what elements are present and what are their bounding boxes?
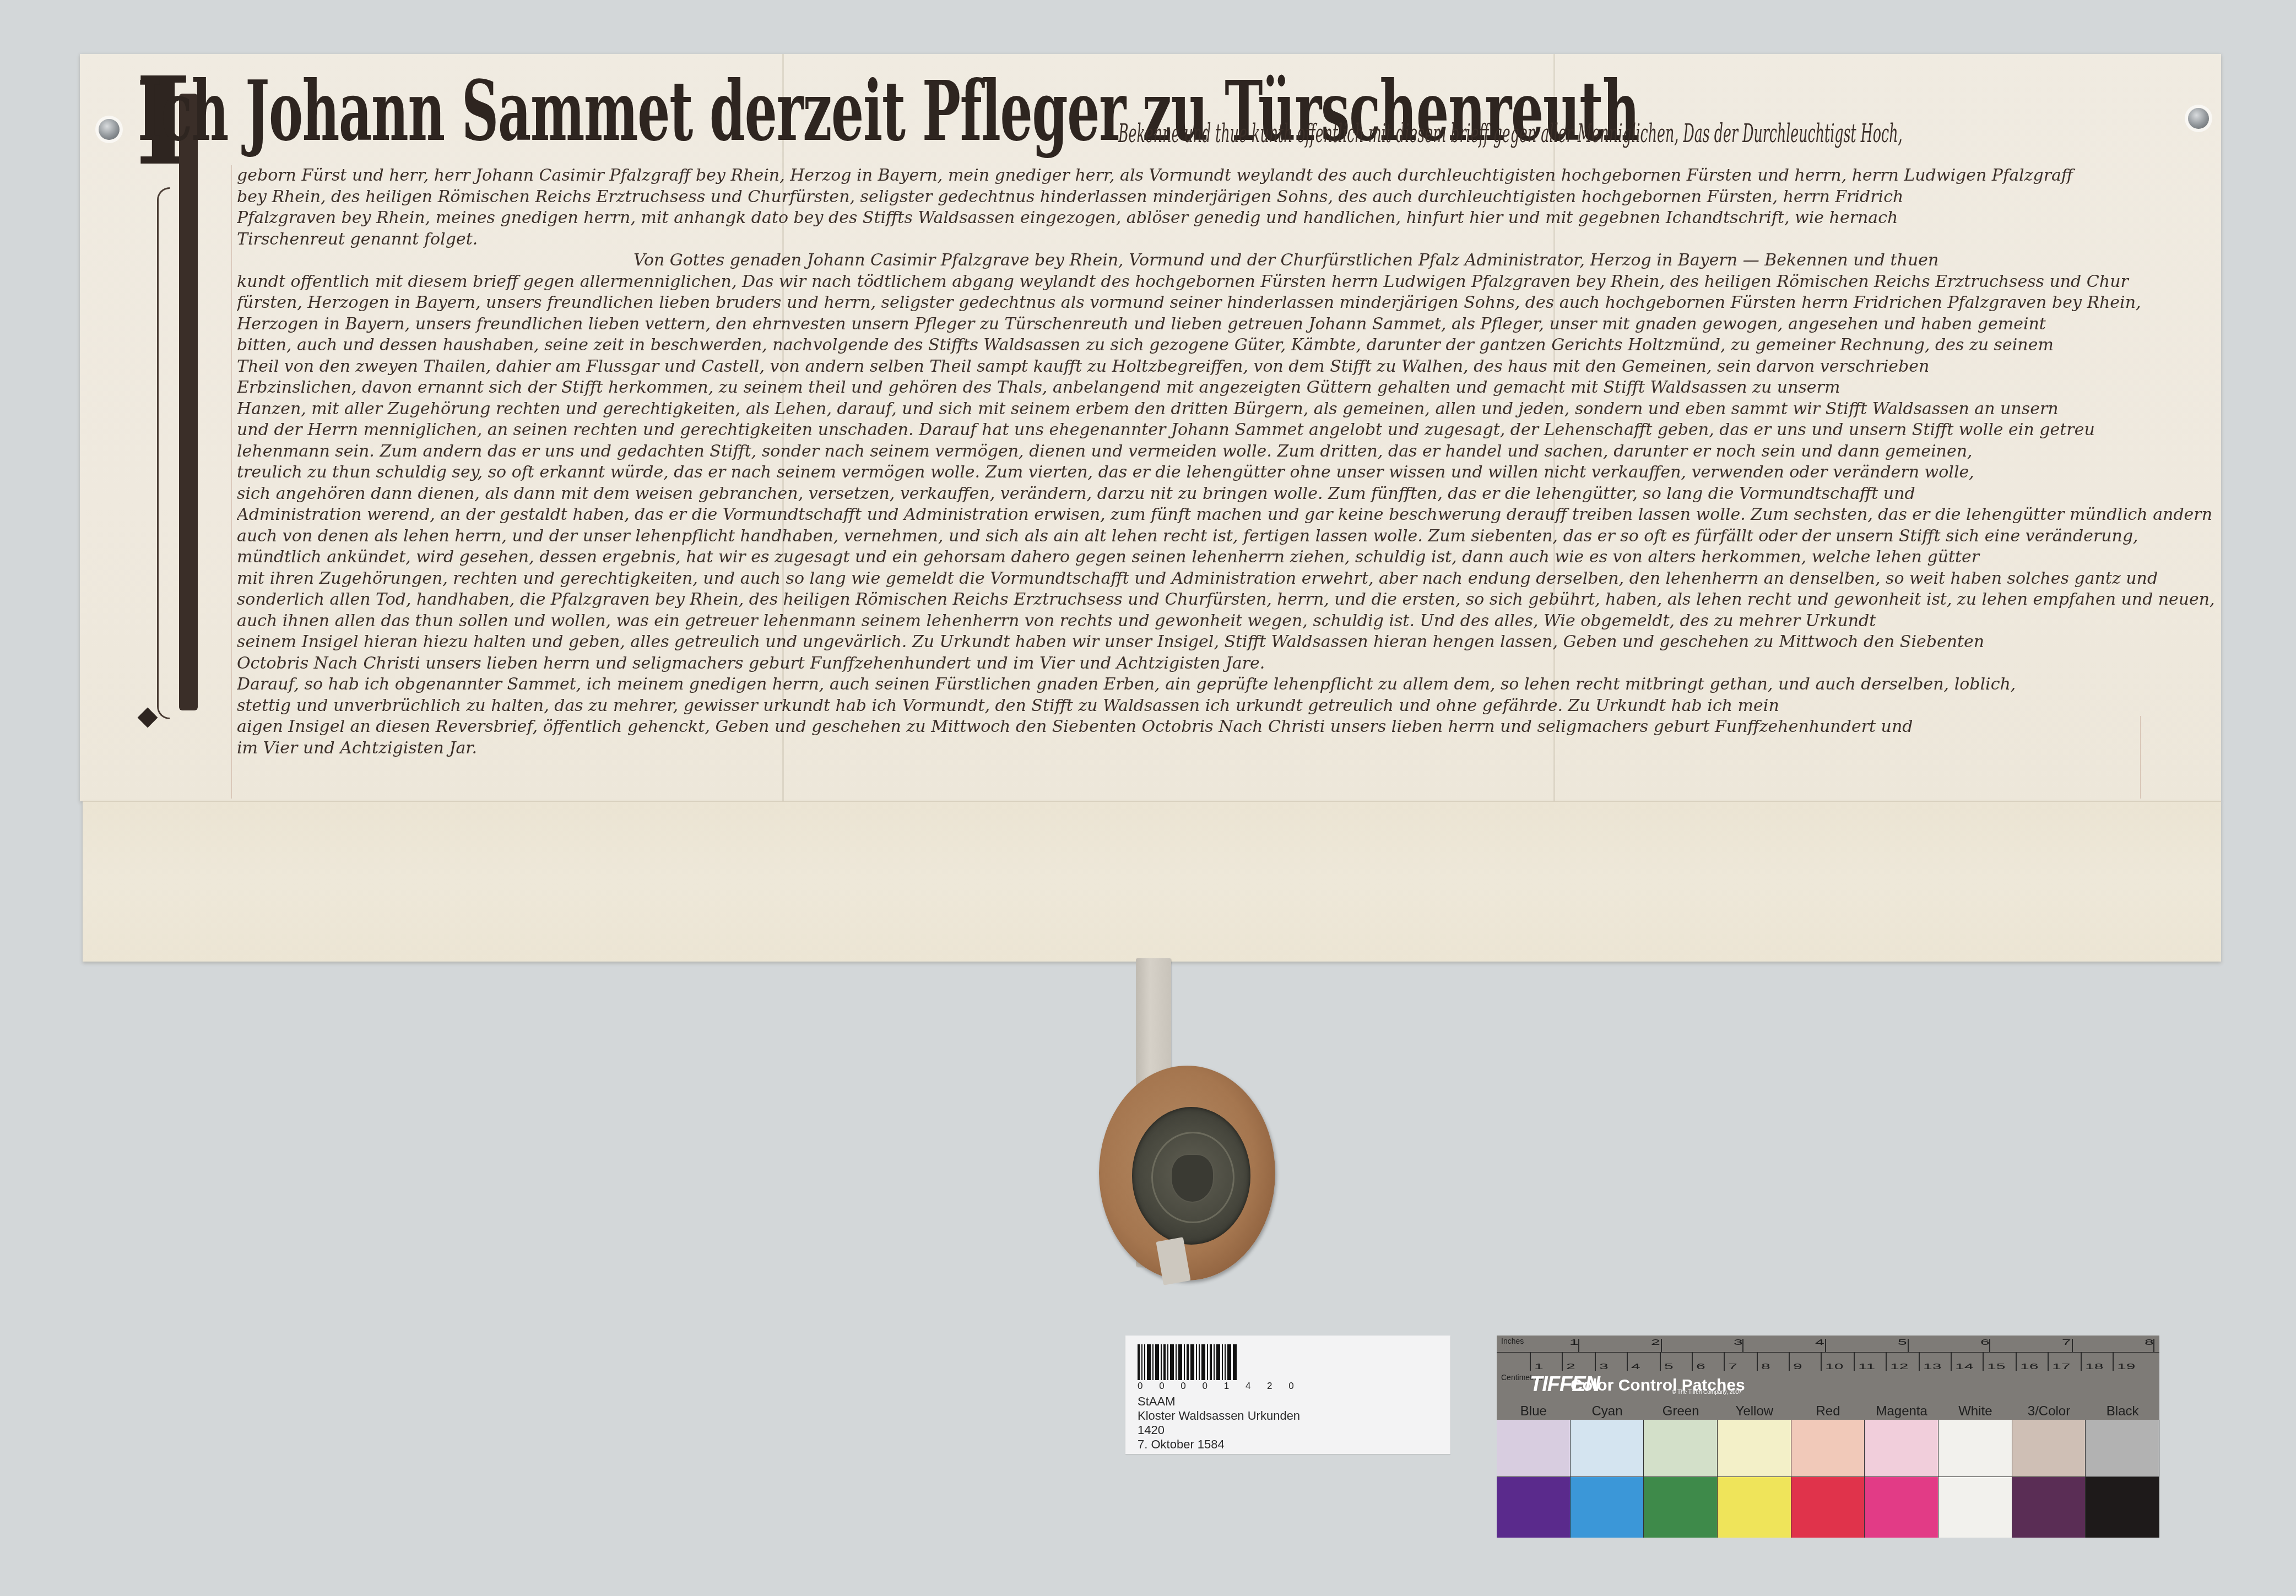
color-chart-header: Inches 1 2 3 4 5 6 7 8 1 2 3 4 5 6 7 8 9… [1497,1336,2159,1420]
text-line: Theil von den zweyen Thailen, dahier am … [237,356,2214,378]
charter-number: 1420 [1138,1423,1165,1437]
patch-light-yellow [1718,1420,1791,1476]
text-line: Pfalzgraven bey Rhein, meines gnedigen h… [237,208,2214,229]
text-line: Hanzen, mit aller Zugehörung rechten und… [237,399,2214,420]
collection-name: Kloster Waldsassen Urkunden [1138,1409,1300,1423]
text-line: Herzogen in Bayern, unsers freundlichen … [237,314,2214,335]
patch-label-yellow: Yellow [1718,1404,1791,1419]
patch-light-white [1938,1420,2012,1476]
text-line: Administration werend, an der gestaldt h… [237,504,2214,526]
text-line: geborn Fürst und herr, herr Johann Casim… [237,165,2214,187]
text-line: stettig und unverbrüchlich zu halten, da… [237,696,2214,717]
patch-light-black [2086,1420,2159,1476]
text-line: bey Rhein, des heiligen Römischen Reichs… [237,187,2214,208]
patch-light-green [1644,1420,1718,1476]
patch-dark-blue [1497,1476,1571,1538]
patch-light-magenta [1865,1420,1938,1476]
text-line: bitten, auch und dessen haushaben, seine… [237,335,2214,356]
text-line: im Vier und Achtzigisten Jar. [237,738,2214,759]
heading-continuation: Bekenne und thue kunth offentlich mit di… [1118,118,1903,148]
chart-copyright: © The Tiffen Company, 2007 [1672,1389,1742,1396]
patch-dark-yellow [1718,1476,1791,1538]
seal-coat-of-arms-icon [1171,1154,1214,1203]
initial-stem [179,94,198,710]
patch-dark-3-color [2012,1476,2086,1538]
text-line: Erbzinslichen, davon ernannt sich der St… [237,377,2214,399]
patch-dark-white [1938,1476,2012,1538]
patch-light-3-color [2012,1420,2086,1476]
barcode-number: 0 0 0 0 1 4 2 0 [1138,1381,1301,1392]
patch-dark-green [1644,1476,1718,1538]
magnet-pin-icon [99,119,120,140]
text-line: auch ihnen allen das thun sollen und wol… [237,611,2214,632]
initial-flourish [157,187,170,719]
parchment-fold-flap [83,801,2221,962]
archive-name: StAAM [1138,1394,1175,1408]
ruler-cm-ticks: 1 2 3 4 5 6 7 8 9 10 11 12 13 14 15 16 1… [1497,1336,2158,1374]
patch-light-red [1791,1420,1865,1476]
text-line: seinem Insigel hieran hiezu halten und g… [237,632,2214,653]
text-line: mündtlich ankündet, wird gesehen, dessen… [237,547,2214,568]
text-line: aigen Insigel an diesen Reversbrief, öff… [237,716,2214,738]
text-line: Tirschenreut genannt folget. [237,229,2214,251]
patch-label-blue: Blue [1497,1404,1571,1419]
patch-dark-magenta [1865,1476,1938,1538]
text-line: treulich zu thun schuldig sey, so oft er… [237,462,2214,484]
patch-label-cyan: Cyan [1571,1404,1644,1419]
patch-label-black: Black [2086,1404,2159,1419]
barcode-icon [1138,1344,1248,1380]
charter-date: 7. Oktober 1584 [1138,1437,1225,1451]
patch-dark-red [1791,1476,1865,1538]
initial-tail-icon [138,708,158,728]
tiffen-color-chart: Inches 1 2 3 4 5 6 7 8 1 2 3 4 5 6 7 8 9… [1497,1336,2159,1539]
text-line: Darauf, so hab ich obgenannter Sammet, i… [237,674,2214,696]
patch-label-white: White [1938,1404,2012,1419]
archive-label: 0 0 0 0 1 4 2 0 StAAM Kloster Waldsassen… [1125,1336,1450,1454]
text-line: und der Herrn menniglichen, an seinen re… [237,420,2214,441]
text-line: Octobris Nach Christi unsers lieben herr… [237,653,2214,675]
ornamental-initial: I [135,61,245,738]
text-line: sonderlich allen Tod, handhaben, die Pfa… [237,589,2215,611]
text-line: auch von denen als lehen herrn, und der … [237,526,2214,547]
text-line: sich angehören dann dienen, als dann mit… [237,484,2214,505]
text-line: Von Gottes genaden Johann Casimir Pfalzg… [237,250,2214,272]
patch-label-3-color: 3/Color [2012,1404,2086,1419]
patch-label-green: Green [1644,1404,1718,1419]
patch-light-cyan [1571,1420,1644,1476]
patch-dark-cyan [1571,1476,1644,1538]
patch-light-blue [1497,1420,1571,1476]
patch-label-red: Red [1791,1404,1865,1419]
text-line: mit ihren Zugehörungen, rechten und gere… [237,568,2214,590]
text-line: fürsten, Herzogen in Bayern, unsers freu… [237,292,2214,314]
text-line: lehenmann sein. Zum andern das er uns un… [237,441,2214,463]
charter-body-text: geborn Fürst und herr, herr Johann Casim… [237,165,2214,759]
text-line: kundt offentlich mit diesem brieff gegen… [237,272,2214,293]
patch-label-magenta: Magenta [1865,1404,1938,1419]
patch-dark-black [2086,1476,2159,1538]
